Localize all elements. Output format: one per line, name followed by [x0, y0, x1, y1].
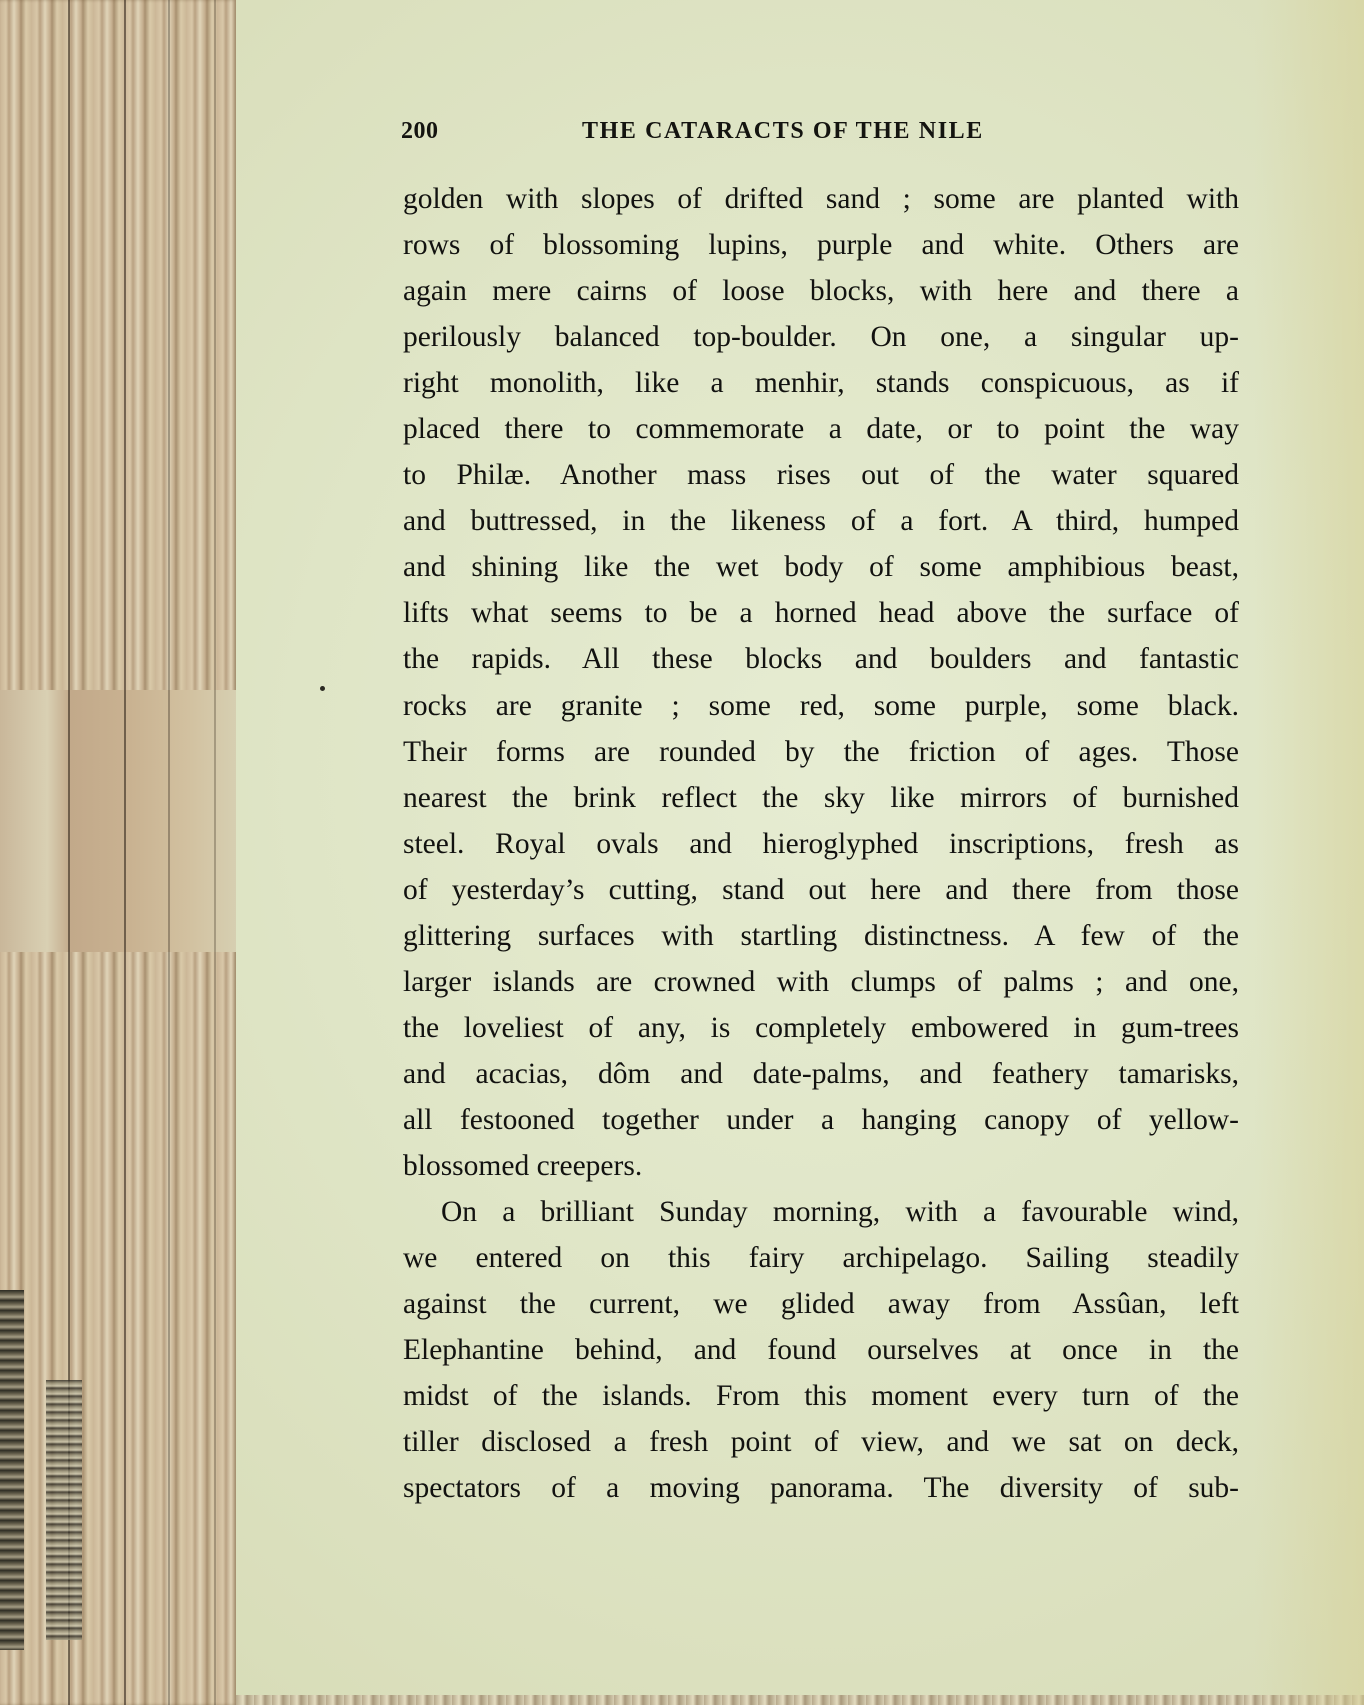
text-line: placed there to commemorate a date, or t… [403, 406, 1239, 452]
text-line: lifts what seems to be a horned head abo… [403, 590, 1239, 636]
text-line: of yesterday’s cutting, stand out here a… [403, 867, 1239, 913]
text-line: rows of blossoming lupins, purple and wh… [403, 222, 1239, 268]
paper-speck [320, 686, 325, 691]
body-text: golden with slopes of drifted sand ; som… [403, 176, 1239, 1511]
text-line: larger islands are crowned with clumps o… [403, 959, 1239, 1005]
text-line: right monolith, like a menhir, stands co… [403, 360, 1239, 406]
page-edge-line [124, 0, 126, 1705]
text-line: rocks are granite ; some red, some purpl… [403, 683, 1239, 729]
text-line: tiller disclosed a fresh point of view, … [403, 1419, 1239, 1465]
page-edge-scan-artifact [0, 1290, 24, 1650]
text-line: against the current, we glided away from… [403, 1281, 1239, 1327]
text-line: all festooned together under a hanging c… [403, 1097, 1239, 1143]
text-line: spectators of a moving panorama. The div… [403, 1465, 1239, 1511]
text-line: the rapids. All these blocks and boulder… [403, 636, 1239, 682]
text-line: golden with slopes of drifted sand ; som… [403, 176, 1239, 222]
book-page-edges [0, 0, 236, 1705]
running-head-title: THE CATARACTS OF THE NILE [582, 118, 984, 145]
paragraph: On a brilliant Sunday morning, with a fa… [403, 1189, 1239, 1511]
text-line: to Philæ. Another mass rises out of the … [403, 452, 1239, 498]
page-edge-line [168, 0, 170, 1705]
text-line: Elephantine behind, and found ourselves … [403, 1327, 1239, 1373]
text-line: and shining like the wet body of some am… [403, 544, 1239, 590]
text-line: steel. Royal ovals and hieroglyphed insc… [403, 821, 1239, 867]
page-number: 200 [401, 118, 439, 145]
page-edge-line [214, 0, 216, 1705]
text-line: blossomed creepers. [403, 1143, 1239, 1189]
text-line: Their forms are rounded by the friction … [403, 729, 1239, 775]
paragraph: golden with slopes of drifted sand ; som… [403, 176, 1239, 1189]
text-line: the loveliest of any, is completely embo… [403, 1005, 1239, 1051]
running-head: 200 THE CATARACTS OF THE NILE [401, 118, 1241, 154]
book-page: 200 THE CATARACTS OF THE NILE golden wit… [0, 0, 1364, 1705]
text-line: nearest the brink reflect the sky like m… [403, 775, 1239, 821]
page-edge-blur-band [0, 690, 236, 952]
text-line: and acacias, dôm and date-palms, and fea… [403, 1051, 1239, 1097]
text-line: perilously balanced top-boulder. On one,… [403, 314, 1239, 360]
text-line: we entered on this fairy archipelago. Sa… [403, 1235, 1239, 1281]
page-edge-scan-artifact [46, 1380, 82, 1640]
text-line: again mere cairns of loose blocks, with … [403, 268, 1239, 314]
text-line: midst of the islands. From this moment e… [403, 1373, 1239, 1419]
text-line: On a brilliant Sunday morning, with a fa… [403, 1189, 1239, 1235]
text-line: glittering surfaces with startling disti… [403, 913, 1239, 959]
bottom-edge-scan-artifact [236, 1695, 1364, 1705]
text-line: and buttressed, in the likeness of a for… [403, 498, 1239, 544]
